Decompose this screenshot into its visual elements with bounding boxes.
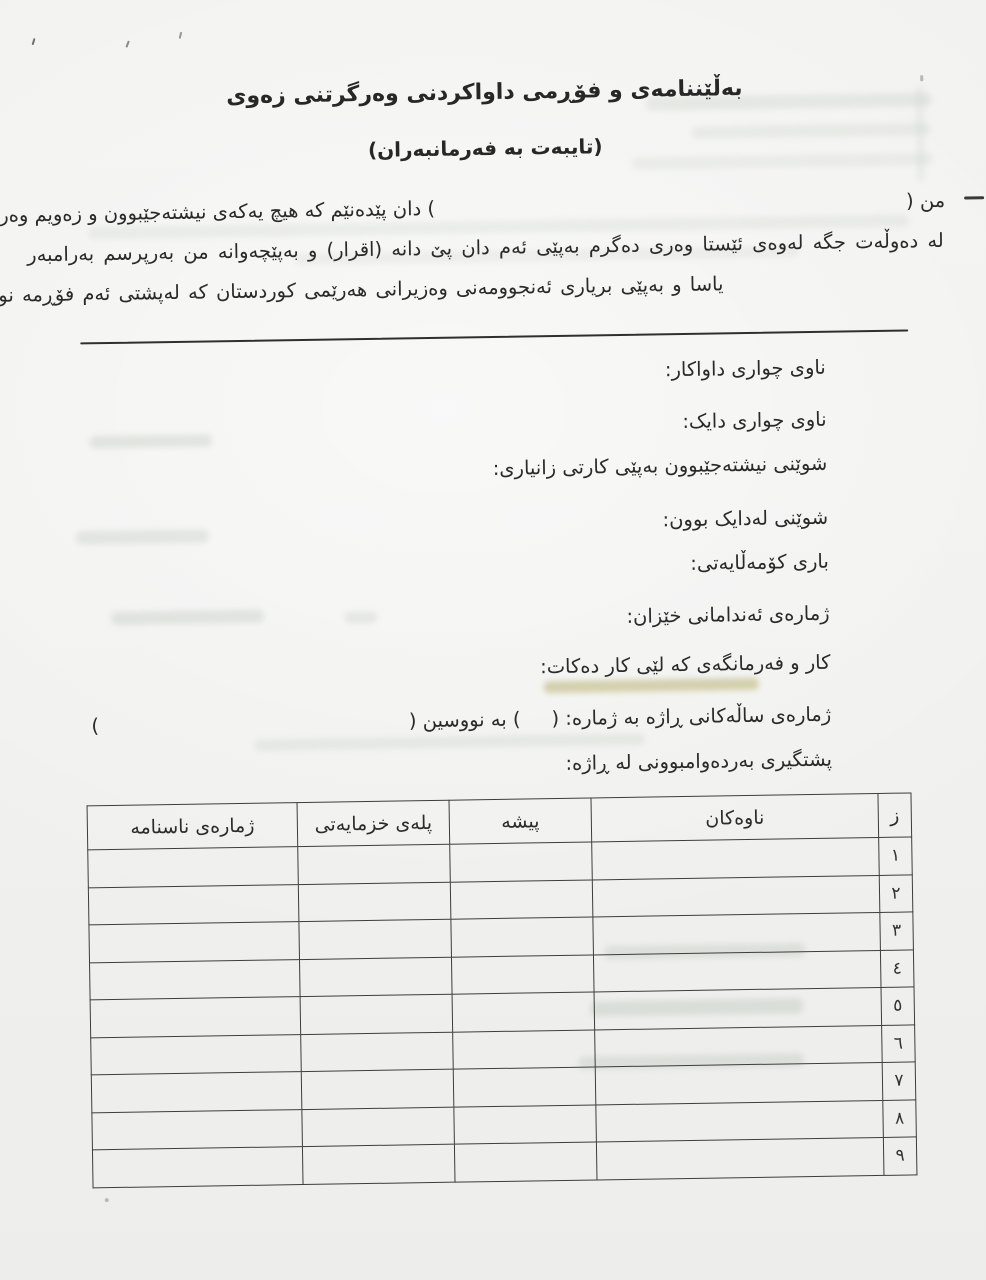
row-number: ٥ (881, 987, 915, 1025)
bleed-through-mark (76, 529, 208, 544)
section-divider-line (80, 329, 908, 344)
header-seq: ز (878, 793, 912, 838)
kinship-cell (302, 1107, 455, 1147)
field-mother-full-name: ناوی چواری دایک: (682, 408, 827, 433)
occupation-cell (451, 954, 594, 994)
occupation-cell (451, 917, 594, 957)
header-names: ناوەکان (591, 793, 879, 842)
names-cell (593, 912, 881, 954)
scan-speck (125, 41, 129, 48)
row-number: ٤ (880, 949, 914, 987)
scan-speck (179, 32, 183, 39)
kinship-cell (300, 994, 453, 1034)
field-family-members-count: ژمارەی ئەندامانی خێزان: (626, 602, 829, 628)
header-occupation: پیشە (449, 798, 592, 844)
names-cell (595, 1062, 883, 1104)
margin-dash-mark (964, 196, 984, 199)
names-cell (592, 875, 880, 917)
scan-speck (32, 38, 36, 45)
bleed-through-mark (255, 734, 645, 751)
id-number-cell (88, 847, 299, 888)
row-number: ١ (879, 837, 913, 875)
kinship-cell (298, 882, 451, 922)
id-number-cell (90, 997, 301, 1038)
row-number: ٦ (882, 1024, 916, 1062)
id-number-cell (89, 922, 300, 963)
occupation-cell (450, 842, 593, 882)
kinship-cell (302, 1144, 455, 1184)
scanned-form-page: بەڵێننامەی و فۆڕمی داواکردنی وەرگرتنی زە… (0, 0, 986, 1280)
kinship-cell (299, 957, 452, 997)
field-applicant-full-name: ناوی چواری داواکار: (665, 356, 826, 382)
field-job-and-department: کار و فەرمانگەی کە لێی کار دەکات: (540, 651, 831, 679)
bleed-through-mark (544, 678, 759, 693)
names-cell (596, 1137, 884, 1179)
names-cell (596, 1100, 884, 1142)
occupation-cell (454, 1142, 597, 1182)
id-number-cell (92, 1109, 303, 1150)
scan-tilt-wrapper: بەڵێننامەی و فۆڕمی داواکردنی وەرگرتنی زە… (0, 0, 986, 1280)
names-cell (594, 987, 882, 1029)
row-number: ٧ (882, 1062, 916, 1100)
names-cell (593, 950, 881, 992)
occupation-cell (453, 1029, 596, 1069)
row-number: ٩ (883, 1137, 917, 1175)
bleed-through-mark (345, 612, 377, 624)
row-number: ٨ (883, 1099, 917, 1137)
kinship-cell (301, 1069, 454, 1109)
kinship-cell (298, 844, 451, 884)
occupation-cell (450, 879, 593, 919)
family-members-table: ز ناوەکان پیشە پلەی خزمایەتی ژمارەی ناسن… (87, 792, 918, 1187)
field-service-continuation-support: پشتگیری بەردەوامبوونی لە ڕاژە: (565, 748, 832, 775)
id-number-cell (92, 1147, 303, 1188)
bleed-through-mark (112, 610, 264, 625)
row-number: ٢ (879, 874, 913, 912)
id-number-cell (88, 884, 299, 925)
id-number-cell (91, 1034, 302, 1075)
kinship-cell (299, 919, 452, 959)
id-number-cell (91, 1072, 302, 1113)
bleed-through-mark (90, 434, 212, 448)
scan-speck (105, 1198, 109, 1202)
occupation-cell (452, 992, 595, 1032)
row-number: ٣ (880, 912, 914, 950)
field-place-of-birth: شوێنی لەدایک بوون: (662, 506, 828, 532)
names-cell (595, 1025, 883, 1067)
header-kinship-degree: پلەی خزمایەتی (297, 800, 450, 846)
declaration-line-3: یاسا و بەپێی بریاری ئەنجوومەنی وەزیرانی … (0, 272, 724, 308)
field-residence-per-id-card: شوێنی نیشتەجێبوون بەپێی کارتی زانیاری: (493, 452, 828, 480)
header-id-number: ژمارەی ناسنامە (87, 803, 298, 850)
id-number-cell (90, 959, 301, 1000)
occupation-cell (454, 1104, 597, 1144)
field-social-status: باری کۆمەڵایەتی: (690, 550, 829, 575)
occupation-cell (453, 1067, 596, 1107)
names-cell (592, 837, 880, 879)
kinship-cell (301, 1032, 454, 1072)
field-years-of-service: ژمارەی ساڵەکانی ڕاژە بە ژمارە: ( ) بە نو… (91, 703, 831, 738)
